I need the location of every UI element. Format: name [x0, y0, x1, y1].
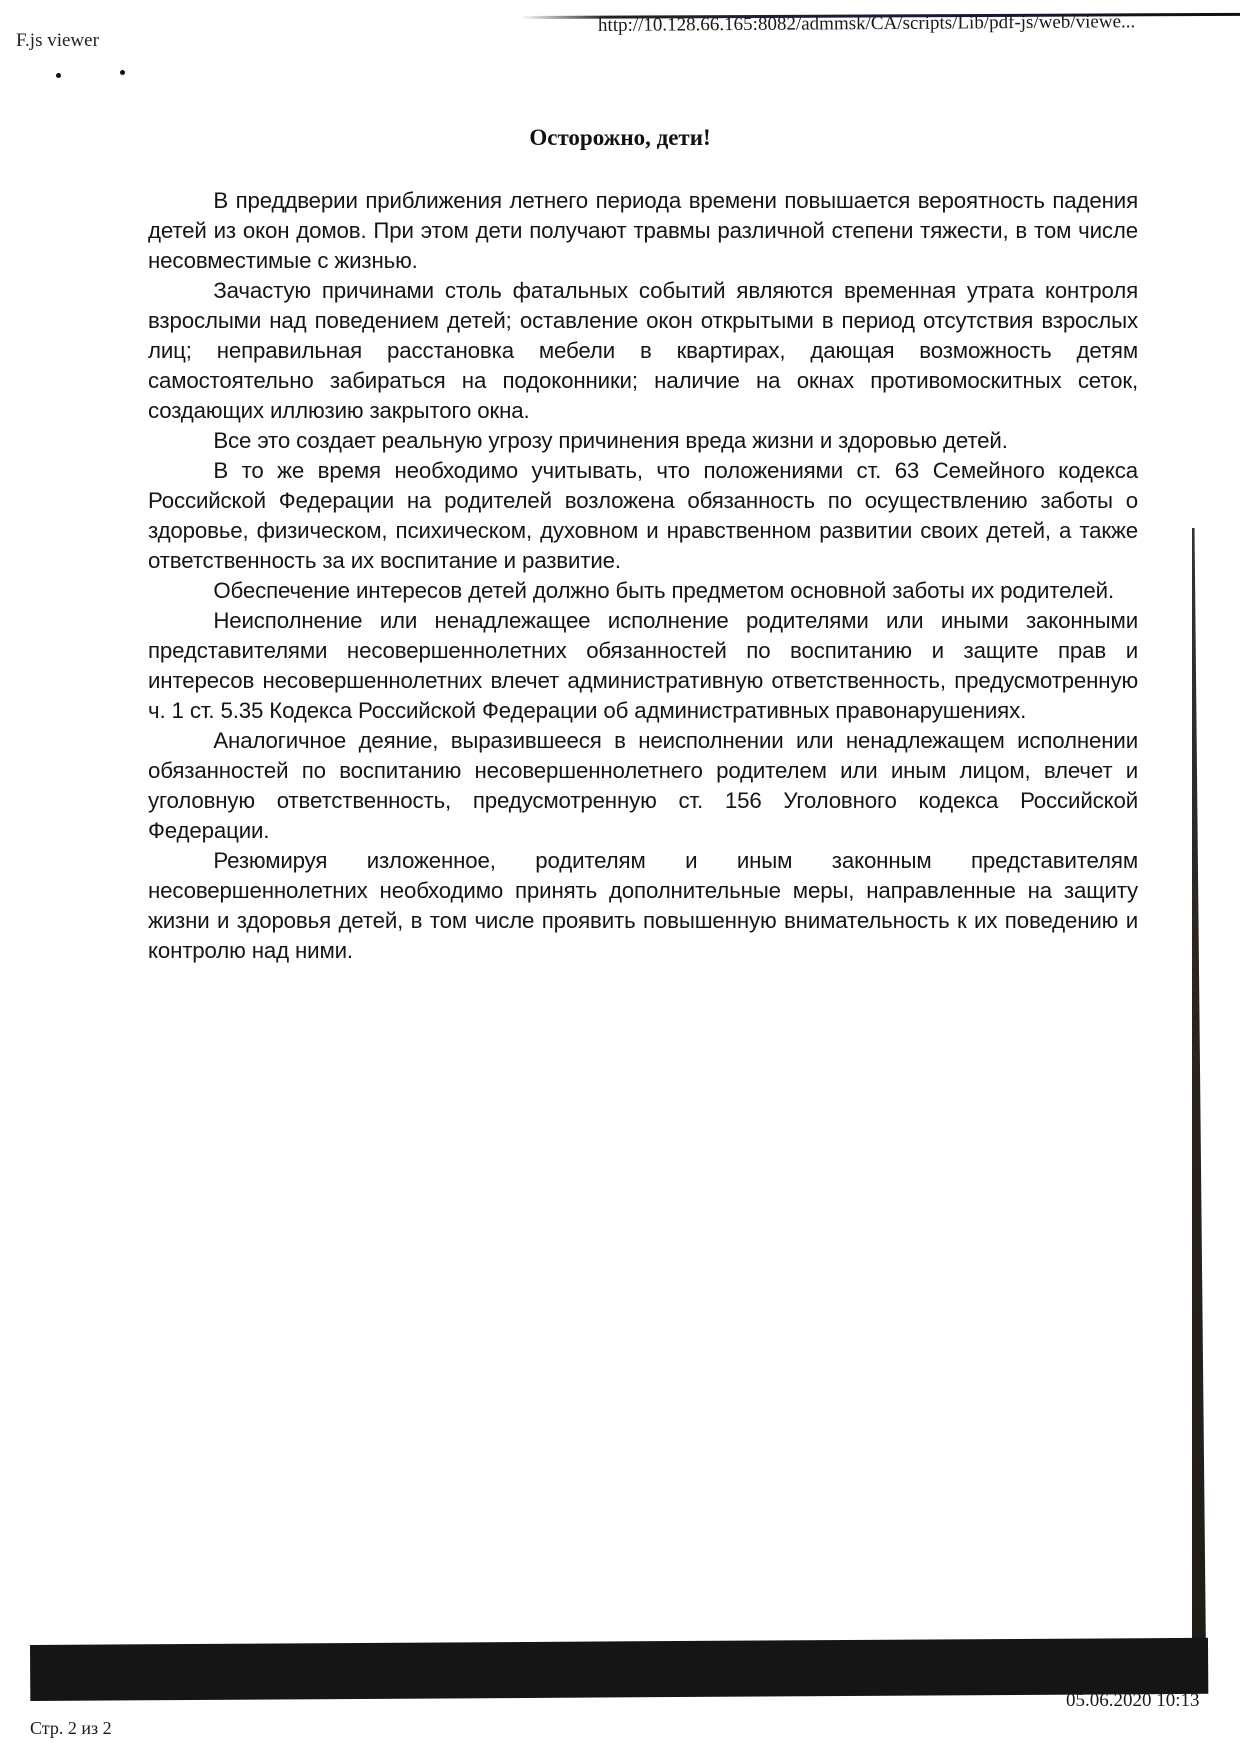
paragraph-6: Неисполнение или ненадлежащее исполнение… [148, 606, 1138, 726]
scan-bottom-band [30, 1638, 1208, 1701]
paragraph-1: В преддверии приближения летнего периода… [148, 186, 1138, 276]
page-counter: Стр. 2 из 2 [30, 1718, 112, 1739]
viewer-title: F.js viewer [16, 30, 99, 52]
paragraph-4: В то же время необходимо учитывать, что … [148, 456, 1138, 576]
scan-right-edge [1192, 528, 1206, 1658]
document-title: Осторожно, дети! [0, 125, 1240, 151]
paragraph-5: Обеспечение интересов детей должно быть … [148, 576, 1138, 606]
paragraph-3: Все это создает реальную угрозу причинен… [148, 426, 1138, 456]
url-header: http://10.128.66.165:8082/admmsk/CA/scri… [598, 11, 1135, 37]
scan-speck [120, 70, 125, 75]
scan-speck [56, 73, 61, 78]
document-body: В преддверии приближения летнего периода… [148, 186, 1148, 966]
print-timestamp: 05.06.2020 10:13 [1066, 1690, 1204, 1712]
paragraph-7: Аналогичное деяние, выразившееся в неисп… [148, 726, 1138, 846]
paragraph-2: Зачастую причинами столь фатальных событ… [148, 276, 1138, 426]
paragraph-8: Резюмируя изложенное, родителям и иным з… [148, 846, 1138, 966]
